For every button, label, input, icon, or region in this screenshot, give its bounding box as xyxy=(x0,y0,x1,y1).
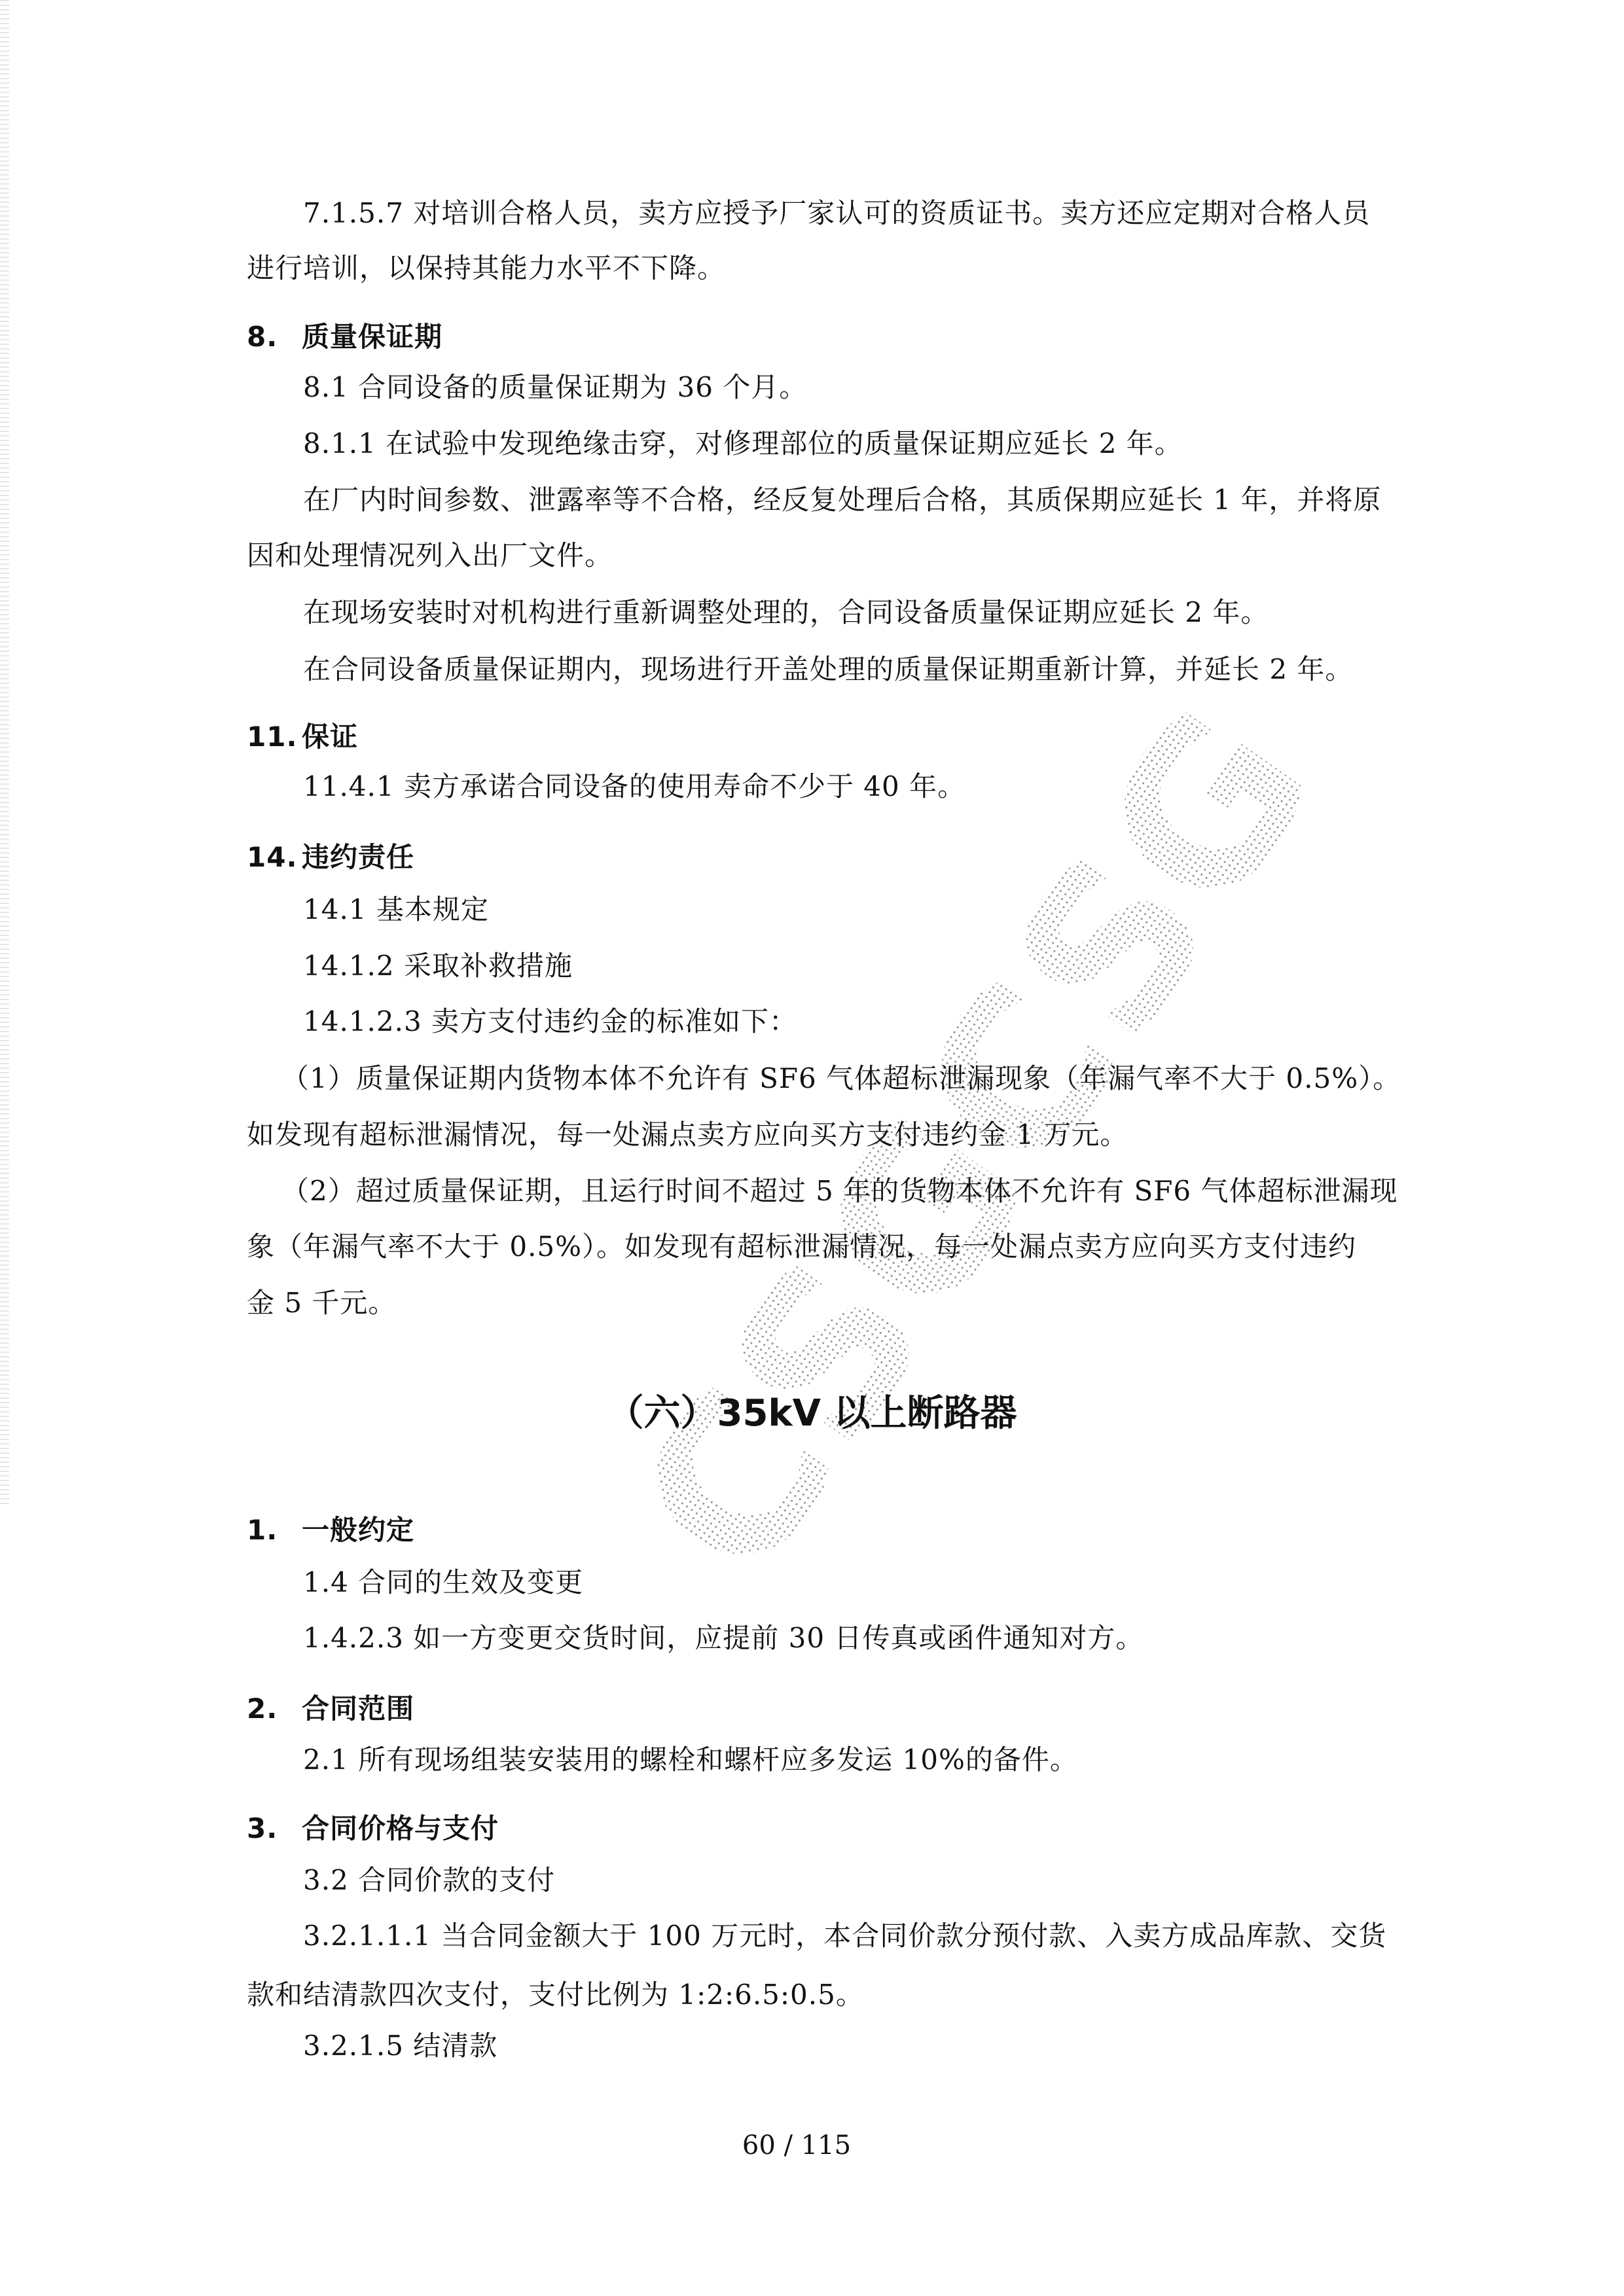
heading-number: 14. xyxy=(247,840,302,874)
paragraph-line: 象（年漏气率不大于 0.5%）。如发现有超标泄漏情况，每一处漏点卖方应向买方支付… xyxy=(247,1230,1353,1264)
scan-edge-artifact xyxy=(0,0,9,1505)
paragraph-line: 2.1 所有现场组装安装用的螺栓和螺杆应多发运 10%的备件。 xyxy=(303,1743,1409,1777)
heading-text: 合同价格与支付 xyxy=(302,1812,499,1844)
paragraph-line: 7.1.5.7 对培训合格人员，卖方应授予厂家认可的资质证书。卖方还应定期对合格… xyxy=(303,196,1409,230)
paragraph-line: 在现场安装时对机构进行重新调整处理的，合同设备质量保证期应延长 2 年。 xyxy=(303,596,1409,630)
heading-number: 3. xyxy=(247,1812,302,1846)
heading-text: 保证 xyxy=(302,721,358,753)
paragraph-line: 在合同设备质量保证期内，现场进行开盖处理的质量保证期重新计算，并延长 2 年。 xyxy=(303,653,1409,687)
paragraph-line: （1）质量保证期内货物本体不允许有 SF6 气体超标泄漏现象（年漏气率不大于 0… xyxy=(281,1062,1388,1096)
paragraph-line: 14.1 基本规定 xyxy=(303,893,1409,927)
paragraph-line: 款和结清款四次支付，支付比例为 1:2:6.5:0.5。 xyxy=(247,1978,1353,2012)
heading-text: 合同范围 xyxy=(302,1693,414,1725)
document-page: CSGCSG 7.1.5.7 对培训合格人员，卖方应授予厂家认可的资质证书。卖方… xyxy=(0,0,1624,2296)
paragraph-line: 3.2 合同价款的支付 xyxy=(303,1863,1409,1897)
section-heading-8: 8.质量保证期 xyxy=(247,320,1353,354)
heading-number: 2. xyxy=(247,1692,302,1726)
section-title: （六）35kV 以上断路器 xyxy=(0,1393,1624,1435)
paragraph-line: 14.1.2.3 卖方支付违约金的标准如下： xyxy=(303,1005,1409,1039)
paragraph-line: 3.2.1.5 结清款 xyxy=(303,2029,1409,2063)
heading-number: 1. xyxy=(247,1513,302,1547)
paragraph-line: 3.2.1.1.1 当合同金额大于 100 万元时，本合同价款分预付款、入卖方成… xyxy=(303,1919,1409,1953)
paragraph-line: 8.1.1 在试验中发现绝缘击穿，对修理部位的质量保证期应延长 2 年。 xyxy=(303,427,1409,461)
paragraph-line: （2）超过质量保证期，且运行时间不超过 5 年的货物本体不允许有 SF6 气体超… xyxy=(281,1174,1388,1208)
paragraph-line: 金 5 千元。 xyxy=(247,1286,1353,1320)
section-heading-11: 11.保证 xyxy=(247,720,1353,754)
section-heading-2: 2.合同范围 xyxy=(247,1692,1353,1726)
paragraph-line: 8.1 合同设备的质量保证期为 36 个月。 xyxy=(303,370,1409,404)
paragraph-line: 14.1.2 采取补救措施 xyxy=(303,949,1409,983)
section-heading-3: 3.合同价格与支付 xyxy=(247,1812,1353,1846)
paragraph-line: 进行培训，以保持其能力水平不下降。 xyxy=(247,251,1353,285)
paragraph-line: 如发现有超标泄漏情况，每一处漏点卖方应向买方支付违约金 1 万元。 xyxy=(247,1118,1353,1152)
heading-number: 8. xyxy=(247,320,302,354)
heading-text: 一般约定 xyxy=(302,1514,414,1546)
heading-number: 11. xyxy=(247,720,302,754)
paragraph-line: 11.4.1 卖方承诺合同设备的使用寿命不少于 40 年。 xyxy=(303,770,1409,804)
paragraph-line: 1.4.2.3 如一方变更交货时间，应提前 30 日传真或函件通知对方。 xyxy=(303,1621,1409,1655)
paragraph-line: 1.4 合同的生效及变更 xyxy=(303,1566,1409,1600)
paragraph-line: 因和处理情况列入出厂文件。 xyxy=(247,539,1353,573)
heading-text: 违约责任 xyxy=(302,841,414,873)
page-number: 60 / 115 xyxy=(0,2131,1593,2160)
heading-text: 质量保证期 xyxy=(302,321,442,353)
paragraph-line: 在厂内时间参数、泄露率等不合格，经反复处理后合格，其质保期应延长 1 年，并将原 xyxy=(303,483,1409,517)
section-heading-14: 14.违约责任 xyxy=(247,840,1353,874)
section-heading-1: 1.一般约定 xyxy=(247,1513,1353,1547)
